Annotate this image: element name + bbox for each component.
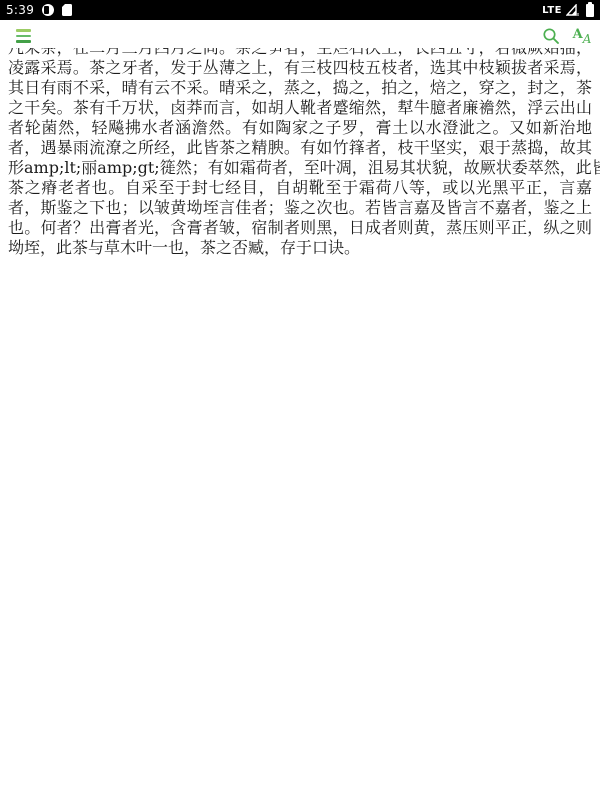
app-bar: A A <box>0 20 600 48</box>
status-bar: 5:39 LTE x <box>0 0 600 20</box>
signal-icon: x <box>566 4 579 16</box>
font-size-icon: A <box>573 25 583 45</box>
font-size-icon: A <box>583 29 592 49</box>
text-line: 凡采茶，在二月三月四月之间。茶之笋者，生烂石沃土，长四五寸，若薇蕨始抽， <box>8 48 592 58</box>
text-line: 之干矣。茶有千万状，卤莽而言，如胡人靴者蹙缩然，犎牛臆者廉襜然，浮云出山 <box>8 98 592 118</box>
text-line: 者，遇暴雨流潦之所经，此皆茶之精腴。有如竹箨者，枝干坚实，艰于蒸捣，故其 <box>8 138 592 158</box>
text-line: 也。何者？出膏者光，含膏者皱，宿制者则黑，日成者则黄，蒸压则平正，纵之则 <box>8 218 592 238</box>
reader-content[interactable]: 凡采茶，在二月三月四月之间。茶之笋者，生烂石沃土，长四五寸，若薇蕨始抽，凌露采焉… <box>0 48 600 800</box>
text-line: 形amp;lt;丽amp;gt;簁然；有如霜荷者，至叶凋，沮易其状貌，故厥状委萃… <box>8 158 592 178</box>
search-icon <box>541 26 561 46</box>
svg-text:x: x <box>577 12 580 16</box>
menu-button[interactable] <box>16 29 32 43</box>
battery-icon <box>586 4 594 17</box>
text-line: 凌露采焉。茶之牙者，发于丛薄之上，有三枝四枝五枝者，选其中枝颖拔者采焉， <box>8 58 592 78</box>
clock-time: 5:39 <box>6 3 34 17</box>
menu-icon <box>16 29 31 32</box>
notification-circle-icon <box>42 4 54 16</box>
font-size-button[interactable]: A A <box>569 25 595 47</box>
notification-square-icon <box>62 4 72 16</box>
menu-icon <box>16 40 31 43</box>
text-line: 茶之瘠老者也。自采至于封七经目，自胡靴至于霜荷八等，或以光黑平正，言嘉 <box>8 178 592 198</box>
network-type-label: LTE <box>542 5 562 16</box>
text-line: 者，斯鉴之下也；以皱黄坳垤言佳者；鉴之次也。若皆言嘉及皆言不嘉者，鉴之上 <box>8 198 592 218</box>
text-line: 坳垤，此茶与草木叶一也，茶之否臧，存于口诀。 <box>8 238 592 258</box>
menu-icon <box>16 35 31 38</box>
text-line: 者轮菌然，轻飚拂水者涵澹然。有如陶家之子罗，膏土以水澄泚之。又如新治地 <box>8 118 592 138</box>
text-line: 其日有雨不采，晴有云不采。晴采之，蒸之，捣之，拍之，焙之，穿之，封之，茶 <box>8 78 592 98</box>
search-button[interactable] <box>541 26 561 46</box>
